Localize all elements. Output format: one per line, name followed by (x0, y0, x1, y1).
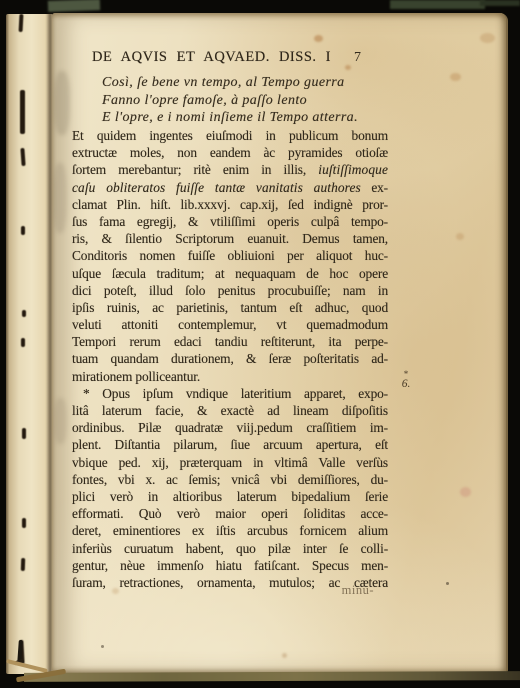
page-number: 7 (354, 50, 361, 66)
text-line: extructæ moles, non eandem àc pyramides … (72, 144, 388, 161)
text-segment: ipſis ruinis, ac parietinis, tantum eſt … (72, 300, 388, 315)
text-segment: veluti attoniti contemplemur, vt quemadm… (72, 317, 388, 332)
text-segment: plent. Diſtantia pilarum, ſiue arcuum ap… (72, 437, 388, 452)
text-line: uſque ſæcula traditum; at nequaquam de h… (72, 265, 388, 282)
text-line: Et quidem ingentes eiuſmodi in publicum … (72, 127, 388, 144)
text-line: clamat Plin. hiſt. lib.xxxvj. cap.xij, ſ… (72, 196, 388, 213)
text-segment: iuſtiſſimoque (318, 162, 388, 177)
text-segment: ex- (361, 180, 388, 195)
text-line: caſu obliteratos fuiſſe tantæ vanitatis … (72, 179, 388, 196)
show-through-ghost (53, 163, 67, 233)
text-segment: dici poteſt, illud ſolo penitus procubui… (72, 283, 388, 298)
text-line: Tempori rerum edaci tandiu reſtiterunt, … (72, 333, 388, 350)
text-segment: caſu obliteratos fuiſſe tantæ vanitatis … (72, 180, 361, 195)
text-segment: fontes, vbi x. ac ſemis; vnicâ vbi demiſ… (72, 472, 388, 487)
text-line: dici poteſt, illud ſolo penitus procubui… (72, 282, 388, 299)
margin-note: * 6. (396, 370, 416, 390)
running-head-title: DE AQVIS ET AQVAED. DISS. I (92, 49, 331, 66)
text-segment: Conditoris nomen fuiſſe obliuioni per al… (72, 248, 388, 263)
margin-note-number: 6. (396, 378, 416, 390)
poem-line: Così, ſe bene vn tempo, al Tempo guerra (102, 74, 358, 92)
text-segment: inferiùs curuatum habent, quo pilæ inter… (72, 541, 388, 556)
poem-line: Fanno l'opre famoſe, à paſſo lento (102, 92, 358, 110)
show-through-ghost (54, 71, 70, 135)
text-line: inferiùs curuatum habent, quo pilæ inter… (72, 540, 388, 557)
book-board-edge (480, 0, 520, 6)
body-text: Et quidem ingentes eiuſmodi in publicum … (72, 127, 388, 591)
book-board-edge (390, 0, 485, 9)
text-line: efformati. Quò verò maior operi ſolidita… (72, 505, 388, 522)
text-segment: plici verò in altioribus laterum bipedal… (72, 489, 388, 504)
text-segment: * Opus ipſum vndique lateritium apparet,… (83, 386, 388, 401)
text-line: fontes, vbi x. ac ſemis; vnicâ vbi demiſ… (72, 471, 388, 488)
text-line: veluti attoniti contemplemur, vt quemadm… (72, 316, 388, 333)
text-line: deret, eminentiores ex iſtis arcubus for… (72, 522, 388, 539)
text-line: ris, & ſilentio Scriptorum euanuit. Demu… (72, 230, 388, 247)
text-segment: litâ laterum facie, & exactè ad lineam d… (72, 403, 388, 418)
foxing-spot (450, 73, 461, 81)
text-line: litâ laterum facie, & exactè ad lineam d… (72, 402, 388, 419)
text-segment: deret, eminentiores ex iſtis arcubus for… (72, 523, 388, 538)
text-segment: ris, & ſilentio Scriptorum euanuit. Demu… (72, 231, 388, 246)
stitch-mark (21, 338, 25, 347)
red-smudge (460, 487, 471, 497)
text-line: gentur, nèue immenſo hiatu fatiſcant. Sp… (72, 557, 388, 574)
text-line: plent. Diſtantia pilarum, ſiue arcuum ap… (72, 436, 388, 453)
text-segment: mirationem polliceantur. (72, 369, 200, 384)
stitch-mark (21, 226, 25, 235)
ink-speck (446, 582, 449, 585)
foxing-spot (480, 33, 495, 43)
text-line: ordinibus. Pilæ quadratæ viij.pedum craſ… (72, 419, 388, 436)
text-line: ſus fama egregij, & vtiliſſimi operis cu… (72, 213, 388, 230)
foxing-spot (314, 35, 323, 42)
text-segment: efformati. Quò verò maior operi ſolidita… (72, 506, 388, 521)
text-line: ipſis ruinis, ac parietinis, tantum eſt … (72, 299, 388, 316)
stitch-mark (21, 558, 25, 571)
text-line: * Opus ipſum vndique lateritium apparet,… (72, 385, 388, 402)
text-segment: gentur, nèue immenſo hiatu fatiſcant. Sp… (72, 558, 388, 573)
stitch-mark (22, 310, 26, 317)
text-line: mirationem polliceantur. (72, 368, 388, 385)
text-segment: Tempori rerum edaci tandiu reſtiterunt, … (72, 334, 388, 349)
text-segment: Et quidem ingentes eiuſmodi in publicum … (72, 128, 388, 143)
text-segment: vbique ped. xij, præterquam in vltimâ Va… (72, 455, 388, 470)
ink-speck (101, 645, 104, 648)
show-through-ghost (54, 398, 67, 444)
text-line: Conditoris nomen fuiſſe obliuioni per al… (72, 247, 388, 264)
text-segment: ſus fama egregij, & vtiliſſimi operis cu… (72, 214, 388, 229)
text-segment: ordinibus. Pilæ quadratæ viij.pedum craſ… (72, 420, 388, 435)
text-line: ſortem merebantur; ritè enim in illis, i… (72, 161, 388, 178)
stitch-mark (22, 518, 26, 528)
scanned-book-page: DE AQVIS ET AQVAED. DISS. I 7 Così, ſe b… (0, 0, 520, 688)
foxing-spot (456, 233, 464, 240)
book-page: DE AQVIS ET AQVAED. DISS. I 7 Così, ſe b… (52, 13, 508, 673)
stitch-mark (20, 90, 25, 134)
margin-note-marker: * (396, 370, 416, 378)
stitch-mark (22, 428, 26, 439)
text-line: tuam quandam durationem, & ſeræ poſterit… (72, 350, 388, 367)
catchword: minu- (72, 583, 388, 598)
stitch-mark (20, 148, 25, 166)
stitch-mark (19, 14, 24, 32)
book-board-edge (48, 0, 100, 12)
text-segment: clamat Plin. hiſt. lib.xxxvj. cap.xij, ſ… (72, 197, 388, 212)
book-bottom-edge (24, 671, 520, 682)
text-segment: ſortem merebantur; ritè enim in illis, (72, 162, 318, 177)
text-segment: tuam quandam durationem, & ſeræ poſterit… (72, 351, 388, 366)
foxing-spot (345, 65, 351, 70)
poem: Così, ſe bene vn tempo, al Tempo guerraF… (102, 74, 358, 127)
text-segment: uſque ſæcula traditum; at nequaquam de h… (72, 266, 388, 281)
foxing-spot (282, 653, 287, 658)
text-line: vbique ped. xij, præterquam in vltimâ Va… (72, 454, 388, 471)
text-segment: extructæ moles, non eandem àc pyramides … (72, 145, 388, 160)
poem-line: E l'opre, e i nomi inſieme il Tempo atte… (102, 109, 358, 127)
text-line: plici verò in altioribus laterum bipedal… (72, 488, 388, 505)
